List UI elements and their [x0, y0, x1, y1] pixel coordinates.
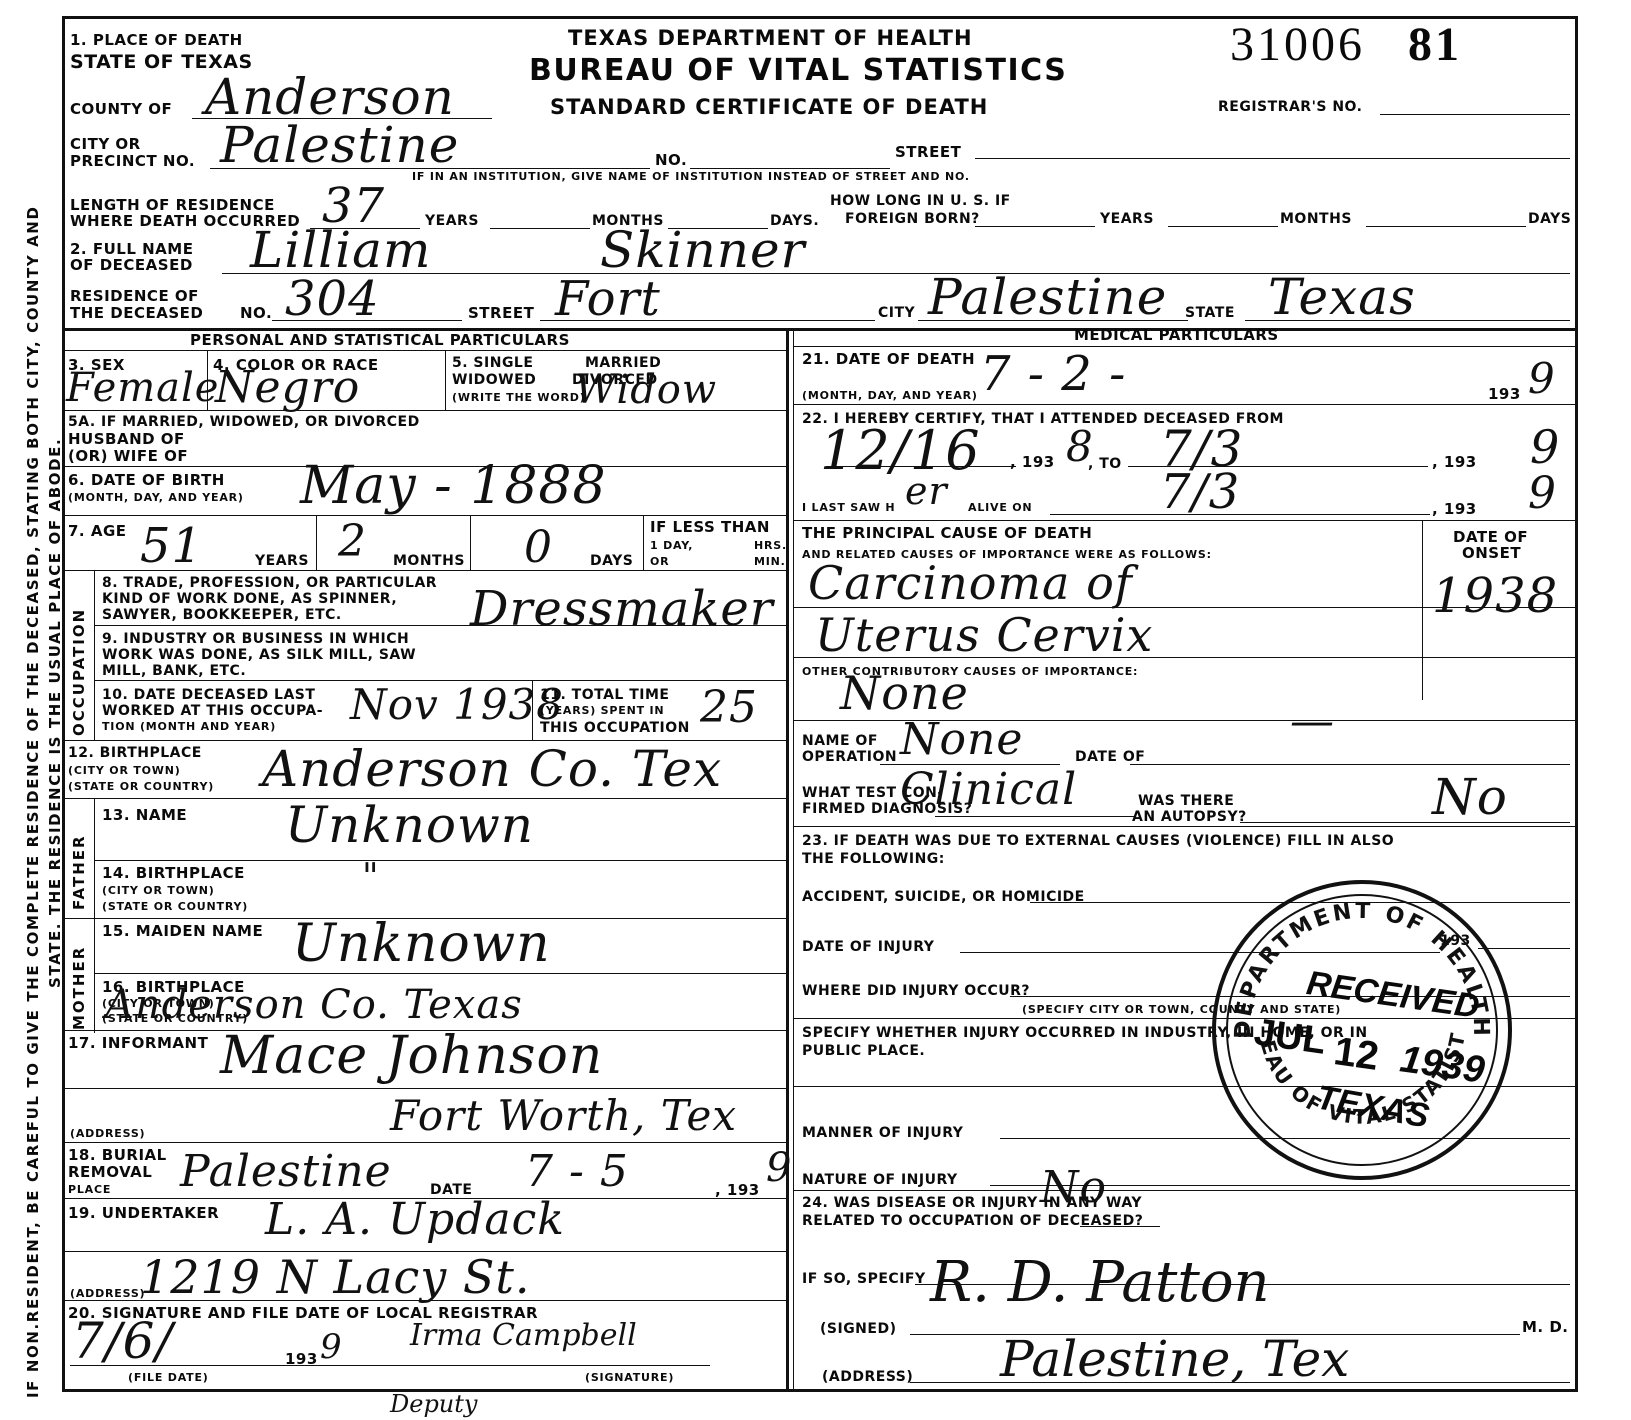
dod-label-1: 21. DATE OF DEATH: [802, 352, 975, 368]
birthplace-label-3: (STATE OR COUNTRY): [68, 781, 214, 793]
burial-place-value[interactable]: Palestine: [180, 1150, 392, 1194]
cause-line-2-rule: [794, 657, 1578, 658]
sex-value[interactable]: Female: [66, 368, 219, 408]
us-months-label: MONTHS: [1280, 212, 1352, 227]
residence-street-value[interactable]: Fort: [555, 275, 661, 323]
operation-date-label: DATE OF: [1075, 750, 1145, 765]
onset-divider: [1422, 520, 1423, 700]
autopsy-line: [1240, 822, 1570, 823]
to-label: , TO: [1088, 457, 1122, 472]
injury-date-label: DATE OF INJURY: [802, 940, 934, 955]
trade-label-2: KIND OF WORK DONE, AS SPINNER,: [102, 592, 397, 607]
dob-label-2: (MONTH, DAY, AND YEAR): [68, 492, 244, 504]
row-line-3: [62, 410, 786, 411]
undertaker-name-value[interactable]: L. A. Updack: [265, 1198, 565, 1242]
registrar-no-label: REGISTRAR'S NO.: [1218, 100, 1362, 115]
attended-from-year-prefix: , 193: [1010, 455, 1055, 471]
sex-race-divider: [207, 350, 208, 410]
marital-label-widowed: WIDOWED: [452, 373, 536, 388]
residence-years-label: YEARS: [425, 214, 479, 229]
external-label-1: 23. IF DEATH WAS DUE TO EXTERNAL CAUSES …: [802, 834, 1394, 849]
spouse-label-2: HUSBAND OF: [68, 432, 185, 448]
burial-label-1: 18. BURIAL: [68, 1148, 167, 1164]
onset-value[interactable]: 1938: [1432, 572, 1558, 620]
us-length-label-1: HOW LONG IN U. S. IF: [830, 194, 1011, 209]
race-value[interactable]: Negro: [215, 366, 360, 410]
row-line-22: [794, 520, 1578, 521]
row-line-address: [62, 1142, 786, 1143]
registrar-signature-label: (SIGNATURE): [585, 1372, 674, 1384]
dod-label-2: (MONTH, DAY, AND YEAR): [802, 390, 978, 402]
residence-city-value[interactable]: Palestine: [928, 272, 1167, 322]
birthplace-value[interactable]: Anderson Co. Tex: [262, 744, 722, 794]
registrar-signature-value[interactable]: Irma Campbell: [410, 1318, 637, 1353]
row-line-undertaker-address: [62, 1300, 786, 1301]
father-side-divider: [94, 798, 95, 918]
external-label-2: THE FOLLOWING:: [802, 852, 945, 867]
burial-year-value[interactable]: 9: [766, 1148, 792, 1188]
total-time-label-3: THIS OCCUPATION: [540, 721, 690, 736]
total-time-label-1: 11. TOTAL TIME: [540, 688, 669, 703]
signed-label: (SIGNED): [820, 1322, 896, 1337]
medical-title-line: [794, 346, 1578, 347]
burial-label-3: PLACE: [68, 1184, 111, 1196]
row-line-8: [94, 625, 786, 626]
operation-label-1: NAME OF: [802, 734, 878, 749]
total-time-value[interactable]: 25: [700, 686, 758, 730]
dod-year-value[interactable]: 9: [1528, 358, 1556, 400]
father-side-label: FATHER: [70, 834, 88, 910]
less-than-label-1: IF LESS THAN: [650, 520, 770, 536]
father-birthplace-label-1: 14. BIRTHPLACE: [102, 866, 245, 882]
attended-from-line: [826, 466, 1016, 467]
row-line-autopsy: [794, 826, 1578, 827]
marital-label-write: (WRITE THE WORD): [452, 392, 586, 404]
us-months-line: [1168, 226, 1278, 227]
father-birthplace-value[interactable]: ": [362, 860, 380, 896]
signed-value[interactable]: R. D. Patton: [930, 1250, 1270, 1315]
last-name-value[interactable]: Skinner: [600, 225, 805, 275]
us-days-line: [1366, 226, 1526, 227]
bureau-title: BUREAU OF VITAL STATISTICS: [529, 55, 1067, 87]
registrar-file-date-value[interactable]: 7/6/: [72, 1316, 173, 1366]
attended-from-value[interactable]: 12/16: [820, 424, 981, 478]
occupation-side-label: OCCUPATION: [70, 608, 88, 736]
or-label: OR: [650, 556, 669, 568]
alive-on-label: ALIVE ON: [968, 502, 1032, 514]
city-value[interactable]: Palestine: [220, 120, 459, 170]
md-label: M. D.: [1522, 1320, 1569, 1336]
row-line-nature: [794, 1190, 1578, 1191]
row-line-13: [94, 860, 786, 861]
received-stamp: DEPARTMENT OF HEALTH BUREAU OF VITAL STA…: [1212, 880, 1512, 1180]
age-label: 7. AGE: [68, 524, 127, 540]
marital-value[interactable]: Widow: [575, 370, 717, 410]
street-label: STREET: [895, 145, 961, 161]
spouse-label-1: 5A. IF MARRIED, WIDOWED, OR DIVORCED: [68, 415, 420, 430]
age-divider-2: [470, 515, 471, 570]
father-name-value[interactable]: Unknown: [285, 800, 534, 850]
cause-line-1[interactable]: Carcinoma of: [808, 560, 1133, 606]
dod-year-prefix: 193: [1488, 387, 1521, 403]
mother-birthplace-value[interactable]: Anderson Co. Texas: [105, 985, 523, 1025]
full-name-label-2: OF DECEASED: [70, 258, 193, 274]
mother-maiden-value[interactable]: Unknown: [292, 918, 551, 970]
spouse-label-3: (OR) WIFE OF: [68, 449, 188, 465]
residence-no-value[interactable]: 304: [285, 275, 380, 323]
margin-instruction-line-1: IF NON.RESIDENT, BE CAREFUL TO GIVE THE …: [22, 18, 44, 1398]
undertaker-address-label: (ADDRESS): [70, 1288, 145, 1300]
age-days-label: DAYS: [590, 554, 633, 569]
cause-line-2[interactable]: Uterus Cervix: [815, 612, 1153, 658]
attended-to-year-prefix: , 193: [1432, 455, 1477, 471]
agency-title: TEXAS DEPARTMENT OF HEALTH: [568, 27, 973, 49]
no-label: NO.: [655, 153, 687, 169]
age-divider-1: [316, 515, 317, 570]
stamp-day: 12: [1331, 1029, 1381, 1080]
residence-street-label: STREET: [468, 306, 534, 322]
residence-months-line: [490, 228, 590, 229]
informant-address-label: (ADDRESS): [70, 1128, 145, 1140]
street-line: [975, 158, 1570, 159]
trade-label-3: SAWYER, BOOKKEEPER, ETC.: [102, 608, 342, 623]
last-saw-year-prefix: , 193: [1432, 502, 1477, 518]
race-marital-divider: [445, 350, 446, 410]
operation-date-value[interactable]: —: [1290, 700, 1335, 744]
father-birthplace-label-2: (CITY OR TOWN): [102, 885, 215, 897]
row-line-21: [794, 404, 1578, 405]
age-years-label: YEARS: [255, 554, 309, 569]
contributory-value[interactable]: None: [840, 670, 969, 716]
mother-side-divider: [94, 918, 95, 1033]
no-line: [690, 168, 890, 169]
hrs-label: HRS.: [754, 540, 787, 552]
autopsy-value[interactable]: No: [1432, 772, 1508, 822]
father-birthplace-label-3: (STATE OR COUNTRY): [102, 901, 248, 913]
age-months-value[interactable]: 2: [338, 520, 367, 564]
form-title: STANDARD CERTIFICATE OF DEATH: [550, 96, 988, 118]
mother-side-label: MOTHER: [70, 946, 88, 1030]
institution-note: IF IN AN INSTITUTION, GIVE NAME OF INSTI…: [412, 171, 970, 183]
residence-state-label: STATE: [1185, 306, 1235, 321]
onset-label-2: ONSET: [1462, 546, 1521, 562]
last-saw-date[interactable]: 7/3: [1160, 468, 1240, 516]
city-label-2: PRECINCT NO.: [70, 154, 195, 170]
operation-date-line: [1130, 764, 1570, 765]
occupation-time-divider: [532, 680, 533, 740]
birthplace-label-1: 12. BIRTHPLACE: [68, 746, 202, 761]
industry-label-3: MILL, BANK, ETC.: [102, 664, 246, 679]
burial-year-prefix: , 193: [715, 1183, 760, 1199]
certificate-suffix: 81: [1408, 17, 1462, 72]
us-days-label: DAYS: [1528, 212, 1571, 227]
registrar-year-value[interactable]: 9: [320, 1330, 343, 1364]
birthplace-label-2: (CITY OR TOWN): [68, 765, 181, 777]
us-years-line: [975, 226, 1095, 227]
total-time-label-2: (YEARS) SPENT IN: [540, 705, 664, 717]
county-label: COUNTY OF: [70, 102, 172, 118]
industry-label-2: WORK WAS DONE, AS SILK MILL, SAW: [102, 648, 416, 663]
test-line: [935, 816, 1135, 817]
registrar-line: [70, 1365, 710, 1366]
undertaker-label: 19. UNDERTAKER: [68, 1206, 219, 1222]
occupation-side-divider: [94, 570, 95, 740]
margin-instruction: IF NON.RESIDENT, BE CAREFUL TO GIVE THE …: [22, 18, 66, 1398]
column-divider-inner: [793, 330, 794, 1392]
personal-title-line: [62, 350, 786, 351]
operation-label-2: OPERATION: [802, 750, 897, 765]
first-name-value[interactable]: Lilliam: [250, 225, 431, 275]
age-days-value[interactable]: 0: [524, 526, 553, 570]
trade-label-1: 8. TRADE, PROFESSION, OR PARTICULAR: [102, 576, 437, 591]
physician-address-label: (ADDRESS): [822, 1370, 913, 1385]
medical-section-title: MEDICAL PARTICULARS: [1074, 328, 1279, 344]
autopsy-label-2: AN AUTOPSY?: [1132, 810, 1247, 825]
min-label: MIN.: [754, 556, 786, 568]
undertaker-address-value[interactable]: 1219 N Lacy St.: [140, 1254, 531, 1300]
mother-maiden-label: 15. MAIDEN NAME: [102, 924, 263, 940]
injury-place-label-2: PUBLIC PLACE.: [802, 1044, 925, 1059]
registrar-no-line: [1380, 114, 1570, 115]
injury-where-label: WHERE DID INJURY OCCUR?: [802, 984, 1030, 999]
dob-value[interactable]: May - 1888: [300, 460, 607, 512]
related-line: [1080, 1226, 1160, 1227]
us-length-label-2: FOREIGN BORN?: [845, 212, 980, 227]
age-divider-3: [643, 515, 644, 570]
physician-address-value[interactable]: Palestine, Tex: [1000, 1330, 1349, 1388]
us-years-label: YEARS: [1100, 212, 1154, 227]
if-so-label: IF SO, SPECIFY: [802, 1272, 926, 1287]
residence-state-value[interactable]: Texas: [1268, 272, 1416, 322]
last-worked-label-3: TION (MONTH AND YEAR): [102, 721, 276, 733]
autopsy-label-1: WAS THERE: [1138, 794, 1234, 809]
last-saw-pronoun[interactable]: er: [905, 472, 948, 510]
informant-label: 17. INFORMANT: [68, 1036, 208, 1052]
age-months-label: MONTHS: [393, 554, 465, 569]
registrar-deputy-value: Deputy: [390, 1390, 477, 1418]
burial-label-2: REMOVAL: [68, 1165, 152, 1181]
operation-value[interactable]: None: [900, 718, 1023, 762]
column-divider: [786, 330, 789, 1392]
residence-label-2: THE DECEASED: [70, 306, 203, 322]
burial-date-value[interactable]: 7 - 5: [525, 1150, 629, 1194]
city-label-1: CITY OR: [70, 137, 141, 153]
industry-label-1: 9. INDUSTRY OR BUSINESS IN WHICH: [102, 632, 409, 647]
dob-label-1: 6. DATE OF BIRTH: [68, 473, 225, 489]
informant-address-value[interactable]: Fort Worth, Tex: [390, 1095, 737, 1137]
manner-label: MANNER OF INJURY: [802, 1126, 963, 1141]
dod-value[interactable]: 7 - 2 -: [980, 350, 1126, 398]
marital-label-single: 5. SINGLE: [452, 356, 533, 371]
less-than-label-2: 1 DAY,: [650, 540, 693, 552]
residence-no-label: NO.: [240, 306, 272, 322]
row-line-15: [94, 973, 786, 974]
last-saw-label: I LAST SAW H: [802, 502, 895, 514]
last-worked-label-2: WORKED AT THIS OCCUPA-: [102, 704, 323, 719]
county-value[interactable]: Anderson: [205, 72, 455, 122]
residence-label-1: RESIDENCE OF: [70, 289, 199, 305]
last-worked-label-1: 10. DATE DECEASED LAST: [102, 688, 315, 703]
last-saw-year[interactable]: 9: [1528, 472, 1557, 516]
father-name-label: 13. NAME: [102, 808, 187, 824]
attended-to-year[interactable]: 9: [1530, 424, 1560, 470]
age-years-value[interactable]: 51: [140, 522, 203, 570]
certificate-number: 31006: [1230, 17, 1365, 72]
row-line-6: [62, 515, 786, 516]
informant-name-value[interactable]: Mace Johnson: [220, 1030, 603, 1082]
row-line-7: [62, 570, 786, 571]
row-line-17: [62, 1088, 786, 1089]
place-of-death-label: 1. PLACE OF DEATH: [70, 33, 243, 49]
related-value[interactable]: No: [1040, 1166, 1107, 1210]
nature-label: NATURE OF INJURY: [802, 1173, 958, 1188]
file-date-label: (FILE DATE): [128, 1372, 209, 1384]
test-value[interactable]: Clinical: [900, 768, 1077, 812]
residence-city-label: CITY: [878, 306, 915, 321]
personal-section-title: PERSONAL AND STATISTICAL PARTICULARS: [190, 333, 570, 349]
cause-label-1: THE PRINCIPAL CAUSE OF DEATH: [802, 526, 1092, 542]
